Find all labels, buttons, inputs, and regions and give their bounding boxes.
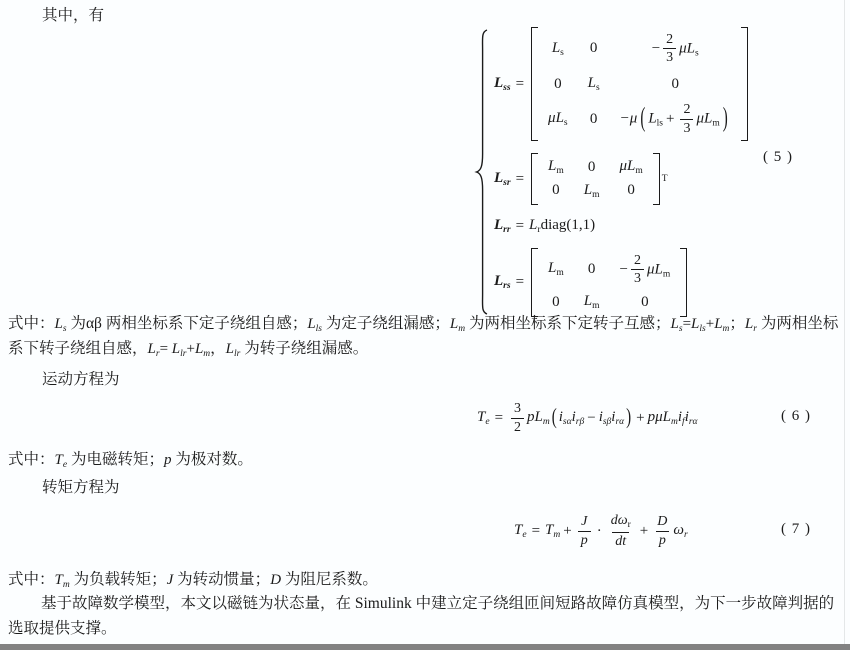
text-run: + <box>706 316 714 332</box>
math-var: ωr <box>673 522 687 541</box>
equation-5-number: ( 5 ) <box>763 149 793 166</box>
equals-sign: = <box>516 76 524 93</box>
math-var: isβ <box>599 409 612 428</box>
text-run: 式中： <box>8 451 55 468</box>
matrix-cell: −23μLm <box>620 253 671 287</box>
bottom-edge-strip <box>0 644 850 650</box>
math-rhs: Lrdiag(1,1) <box>529 217 595 236</box>
fraction: 32 <box>511 401 524 435</box>
matrix-cell: Ls <box>588 75 600 94</box>
dot-operator: · <box>597 523 602 540</box>
symbol-definition-paragraph-3: 式中：Tm 为负载转矩；J 为转动惯量；D 为阻尼系数。 <box>8 568 378 593</box>
math-var: irα <box>685 409 698 428</box>
text-run: 为定子绕组漏感； <box>322 315 450 332</box>
matrix-lrs: Lm 0 −23μLm 0 Lm 0 <box>531 248 687 317</box>
left-bracket <box>531 27 538 141</box>
text-run: 为两相坐标系下定转子互感； <box>465 315 670 332</box>
math-var: Llr <box>172 341 187 357</box>
matrix-cell: −μ(Lls+23μLm) <box>620 102 731 136</box>
math-var: pLm <box>527 409 550 428</box>
symbol-definition-paragraph-2: 式中：Te 为电磁转矩；p 为极对数。 <box>8 448 253 473</box>
matrix-cell: Lm <box>548 260 564 279</box>
right-bracket <box>741 27 748 141</box>
equation-system-5: Lss = Ls 0 −23μLs 0 Ls 0 μLs 0 −μ(Lls+23… <box>474 27 750 317</box>
math-lhs: Lss <box>494 75 511 94</box>
math-var: Lls <box>691 316 706 332</box>
text-run: + <box>186 341 194 357</box>
page-edge-line <box>844 0 845 650</box>
matrix-cell: 0 <box>641 294 649 311</box>
math-var: Tm <box>545 522 560 541</box>
equals-sign: = <box>516 218 524 235</box>
matrix-cell: μLm <box>620 158 643 177</box>
left-bracket <box>531 153 538 205</box>
matrix-lsr: Lm 0 μLm 0 Lm 0 <box>531 153 660 205</box>
heading-motion-equation: 运动方程为 <box>42 368 120 392</box>
plus-sign: + <box>636 410 644 427</box>
text-run: 式中： <box>8 571 55 588</box>
math-var: Lls <box>307 316 322 332</box>
math-var: Lr <box>745 316 757 332</box>
text-run: = <box>683 316 691 332</box>
equation-7: Te=Tm+Jp·dωrdt+Dpωr <box>514 508 688 554</box>
fraction: Dp <box>654 514 670 548</box>
matrix-cell: Lm <box>584 293 600 312</box>
intro-text: 其中，有 <box>42 4 104 28</box>
right-paren: ) <box>626 406 631 431</box>
math-var: irα <box>611 409 624 428</box>
math-var: Ls <box>671 316 683 332</box>
math-var: Te <box>55 452 68 468</box>
math-lhs: Lrs <box>494 273 511 292</box>
math-lhs: Lrr <box>494 217 511 236</box>
math-var: D <box>270 572 281 588</box>
math-var: Ls <box>55 316 67 332</box>
matrix-cell: 0 <box>627 182 635 199</box>
equals-sign: = <box>516 171 524 188</box>
matrix-lss: Ls 0 −23μLs 0 Ls 0 μLs 0 −μ(Lls+23μLm) <box>531 27 748 141</box>
math-var: Lm <box>195 341 210 357</box>
right-bracket <box>653 153 660 205</box>
text-run: ， <box>210 340 226 357</box>
text-run: 为阻尼系数。 <box>281 571 378 588</box>
paper-page: 其中，有 Lss = Ls 0 −23μLs 0 Ls 0 <box>0 0 850 650</box>
equation-lsr: Lsr = Lm 0 μLm 0 Lm 0 T <box>494 153 750 205</box>
math-lhs: Lsr <box>494 170 511 189</box>
left-curly-brace-icon <box>474 28 490 316</box>
math-var: isα <box>559 409 572 428</box>
text-run: 式中： <box>8 315 55 332</box>
math-lhs: Te <box>514 522 527 541</box>
equation-6: Te=32pLm(isαirβ−isβirα)+pμLmifirα <box>477 399 698 437</box>
equation-column: Lss = Ls 0 −23μLs 0 Ls 0 μLs 0 −μ(Lls+23… <box>494 27 750 317</box>
equation-6-number: ( 6 ) <box>781 408 811 425</box>
matrix-cell: μLs <box>548 110 568 129</box>
matrix-cell: −23μLs <box>652 32 699 66</box>
matrix-cell: Lm <box>548 158 564 177</box>
heading-torque-equation: 转矩方程为 <box>42 476 120 500</box>
plus-sign: + <box>640 523 648 540</box>
matrix-cell: 0 <box>588 261 596 278</box>
matrix-cell: 0 <box>590 40 598 57</box>
equation-7-number: ( 7 ) <box>781 521 811 538</box>
text-run: ； <box>729 315 745 332</box>
math-var: if <box>678 409 685 428</box>
right-bracket <box>680 248 687 317</box>
minus-sign: − <box>587 410 595 427</box>
math-var: Tm <box>55 572 70 588</box>
equals-sign: = <box>532 523 540 540</box>
matrix-cell: 0 <box>554 76 562 93</box>
matrix-cell: 0 <box>590 111 598 128</box>
math-var: Lr <box>148 341 160 357</box>
matrix-cell: Ls <box>552 40 564 59</box>
matrix-cell: 0 <box>671 76 679 93</box>
conclusion-paragraph: 基于故障数学模型，本文以磁链为状态量，在 Simulink 中建立定子绕组匝间短… <box>8 592 844 641</box>
transpose-superscript: T <box>662 174 668 184</box>
text-run: = <box>160 341 172 357</box>
math-var: irβ <box>572 409 585 428</box>
left-paren: ( <box>552 406 557 431</box>
text-run: 为转动惯量； <box>173 571 270 588</box>
equals-sign: = <box>516 274 524 291</box>
math-var: Lm <box>714 316 729 332</box>
plus-sign: + <box>563 523 571 540</box>
fraction: Jp <box>578 514 591 548</box>
equation-lrs: Lrs = Lm 0 −23μLm 0 Lm 0 <box>494 248 750 317</box>
text-run: 为极对数。 <box>171 451 252 468</box>
left-bracket <box>531 248 538 317</box>
text-run: 为负载转矩； <box>70 571 167 588</box>
symbol-definition-paragraph-1: 式中：Ls 为αβ 两相坐标系下定子绕组自感；Lls 为定子绕组漏感；Lm 为两… <box>8 312 846 361</box>
matrix-cell: 0 <box>588 159 596 176</box>
text-run: 为电磁转矩； <box>67 451 164 468</box>
matrix-cell: 0 <box>552 182 560 199</box>
equation-lrr: Lrr = Lrdiag(1,1) <box>494 217 750 236</box>
math-var: Llr <box>226 341 241 357</box>
math-var: Lm <box>450 316 465 332</box>
equation-lss: Lss = Ls 0 −23μLs 0 Ls 0 μLs 0 −μ(Lls+23… <box>494 27 750 141</box>
math-var: pμLm <box>648 409 678 428</box>
equals-sign: = <box>495 410 503 427</box>
text-run: 为αβ 两相坐标系下定子绕组自感； <box>67 315 308 332</box>
matrix-cell: Lm <box>584 182 600 201</box>
text-run: 为转子绕组漏感。 <box>240 340 368 357</box>
matrix-cell: 0 <box>552 294 560 311</box>
math-lhs: Te <box>477 409 490 428</box>
fraction: dωrdt <box>608 513 634 549</box>
